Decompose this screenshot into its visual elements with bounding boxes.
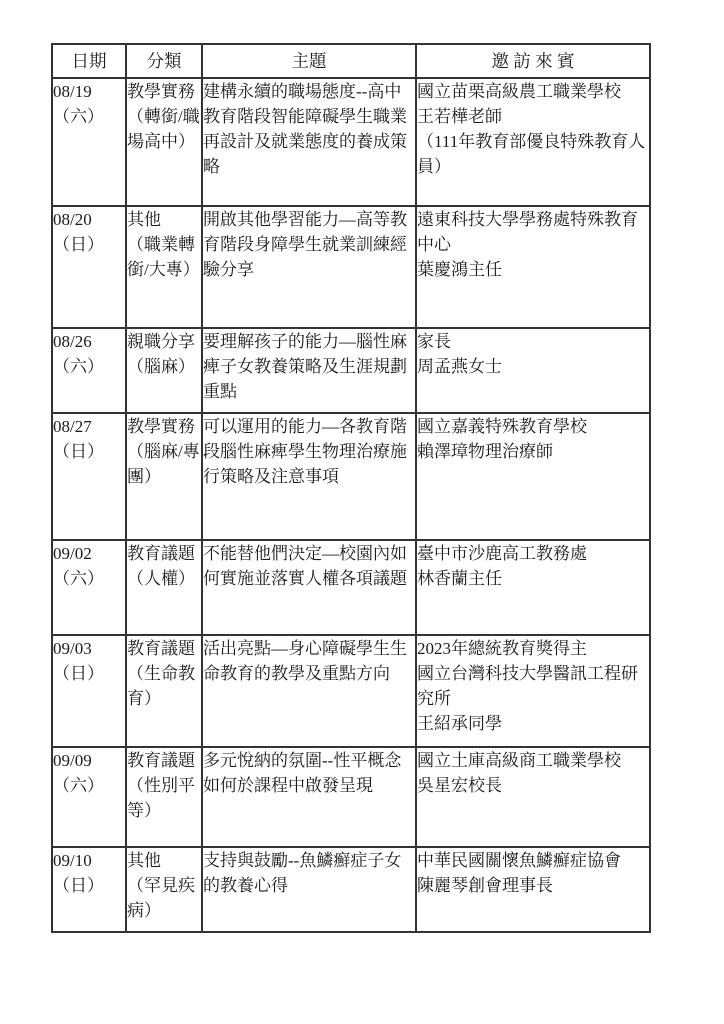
category-cell: 教育議題（生命教育） [126, 635, 202, 747]
table-row: 08/26 （六） 親職分享（腦麻） 要理解孩子的能力—腦性麻痺子女教養策略及生… [52, 328, 650, 413]
guest-cell: 國立苗栗高級農工職業學校 王若樺老師 （111年教育部優良特殊教育人員） [416, 78, 650, 206]
guest-cell: 家長 周孟燕女士 [416, 328, 650, 413]
schedule-table: 日期 分類 主題 邀 訪 來 賓 08/19 （六） 教學實務（轉銜/職場高中）… [51, 43, 651, 933]
category-cell: 親職分享（腦麻） [126, 328, 202, 413]
header-topic: 主題 [202, 44, 416, 78]
date-cell: 09/10 （日） [52, 847, 126, 932]
header-guests: 邀 訪 來 賓 [416, 44, 650, 78]
header-category: 分類 [126, 44, 202, 78]
category-cell: 教育議題（人權） [126, 540, 202, 635]
date-cell: 09/03 （日） [52, 635, 126, 747]
category-cell: 教育議題（性別平等） [126, 747, 202, 847]
category-cell: 教學實務（腦麻/專團） [126, 413, 202, 540]
guest-cell: 國立嘉義特殊教育學校 賴澤璋物理治療師 [416, 413, 650, 540]
date-cell: 09/09 （六） [52, 747, 126, 847]
topic-cell: 支持與鼓勵--魚鱗癬症子女的教養心得 [202, 847, 416, 932]
date-cell: 08/19 （六） [52, 78, 126, 206]
topic-cell: 活出亮點—身心障礙學生生命教育的教學及重點方向 [202, 635, 416, 747]
topic-cell: 要理解孩子的能力—腦性麻痺子女教養策略及生涯規劃重點 [202, 328, 416, 413]
table-row: 09/02 （六） 教育議題（人權） 不能替他們決定—校園內如何實施並落實人權各… [52, 540, 650, 635]
topic-cell: 開啟其他學習能力—高等教育階段身障學生就業訓練經驗分享 [202, 206, 416, 328]
guest-cell: 國立土庫高級商工職業學校 吳星宏校長 [416, 747, 650, 847]
date-cell: 09/02 （六） [52, 540, 126, 635]
table-row: 08/27 （日） 教學實務（腦麻/專團） 可以運用的能力—各教育階段腦性麻痺學… [52, 413, 650, 540]
header-date: 日期 [52, 44, 126, 78]
header-row: 日期 分類 主題 邀 訪 來 賓 [52, 44, 650, 78]
table-row: 09/10 （日） 其他 （罕見疾病） 支持與鼓勵--魚鱗癬症子女的教養心得 中… [52, 847, 650, 932]
guest-cell: 臺中市沙鹿高工教務處 林香蘭主任 [416, 540, 650, 635]
date-cell: 08/20 （日） [52, 206, 126, 328]
category-cell: 其他 （職業轉銜/大專） [126, 206, 202, 328]
guest-cell: 中華民國關懷魚鱗癬症協會 陳麗琴創會理事長 [416, 847, 650, 932]
table-row: 08/19 （六） 教學實務（轉銜/職場高中） 建構永續的職場態度--高中教育階… [52, 78, 650, 206]
date-cell: 08/27 （日） [52, 413, 126, 540]
topic-cell: 建構永續的職場態度--高中教育階段智能障礙學生職業再設計及就業態度的養成策略 [202, 78, 416, 206]
topic-cell: 可以運用的能力—各教育階段腦性麻痺學生物理治療施行策略及注意事項 [202, 413, 416, 540]
topic-cell: 不能替他們決定—校園內如何實施並落實人權各項議題 [202, 540, 416, 635]
date-cell: 08/26 （六） [52, 328, 126, 413]
guest-cell: 2023年總統教育獎得主 國立台灣科技大學醫訊工程研究所 王紹承同學 [416, 635, 650, 747]
document-page: 日期 分類 主題 邀 訪 來 賓 08/19 （六） 教學實務（轉銜/職場高中）… [51, 43, 651, 933]
guest-cell: 遠東科技大學學務處特殊教育中心 葉慶鴻主任 [416, 206, 650, 328]
category-cell: 教學實務（轉銜/職場高中） [126, 78, 202, 206]
table-row: 08/20 （日） 其他 （職業轉銜/大專） 開啟其他學習能力—高等教育階段身障… [52, 206, 650, 328]
topic-cell: 多元悅納的氛圍--性平概念如何於課程中啟發呈現 [202, 747, 416, 847]
table-row: 09/03 （日） 教育議題（生命教育） 活出亮點—身心障礙學生生命教育的教學及… [52, 635, 650, 747]
category-cell: 其他 （罕見疾病） [126, 847, 202, 932]
table-row: 09/09 （六） 教育議題（性別平等） 多元悅納的氛圍--性平概念如何於課程中… [52, 747, 650, 847]
